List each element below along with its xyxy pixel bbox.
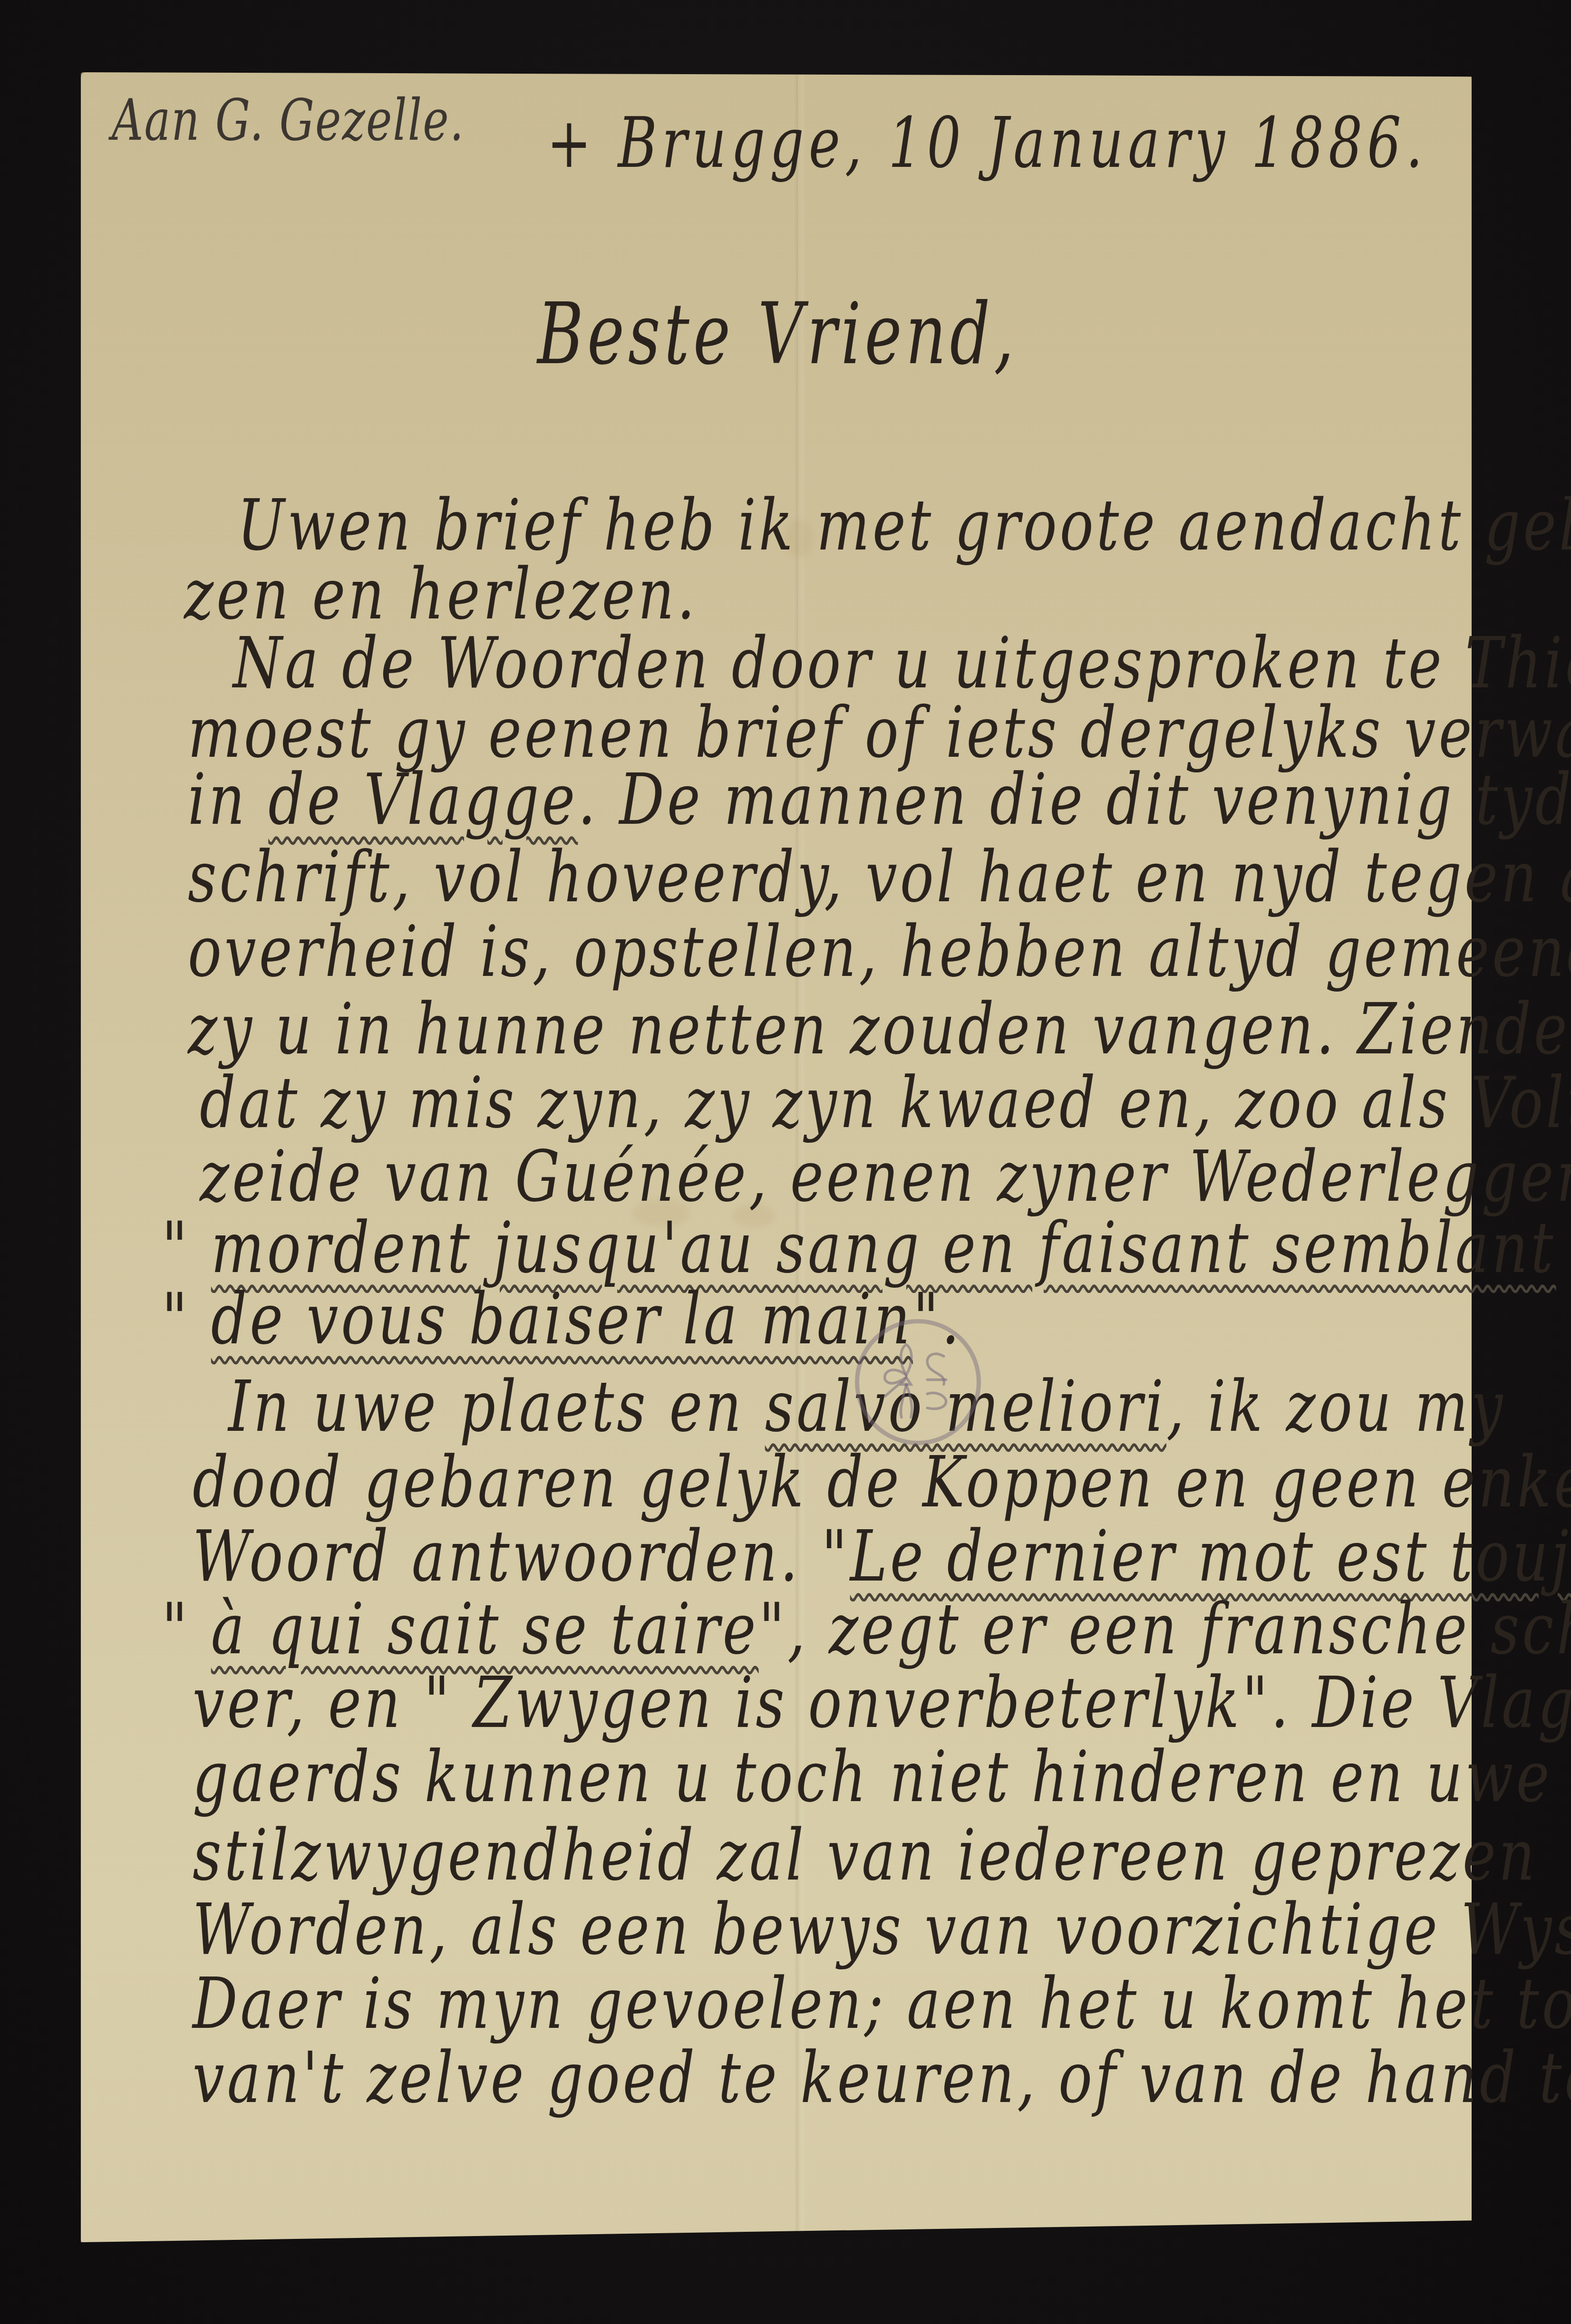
line-text: In uwe plaets en (228, 1365, 765, 1447)
letter-line: zeide van Guénée, eenen zyner Wederlegge… (200, 1141, 1571, 1212)
dateline: + Brugge, 10 January 1886. (547, 108, 1427, 178)
letter-line: " à qui sait se taire", zegt er een fran… (162, 1594, 1571, 1664)
addressee-note: Aan G. Gezelle. (112, 92, 465, 149)
scan-background: Aan G. Gezelle. + Brugge, 10 January 188… (0, 0, 1571, 2324)
letter-line: " mordent jusqu'au sang en faisant sembl… (162, 1213, 1556, 1283)
line-text: , ik zou my (1166, 1365, 1505, 1447)
line-text: Woord antwoorden. " (193, 1515, 850, 1597)
quote-mark: " (162, 1588, 211, 1670)
underlined-quote: Le dernier mot est toujours (850, 1515, 1571, 1597)
letter-line: Na de Woorden door u uitgesproken te Thi… (233, 628, 1571, 698)
letter-line: moest gy eenen brief of iets dergelyks v… (188, 697, 1571, 768)
underlined-title: de Vlagge (268, 758, 578, 840)
letter-line: Uwen brief heb ik met groote aendacht ge… (237, 490, 1571, 560)
letter-line: Daer is myn gevoelen; aen het u komt het… (193, 1968, 1571, 2039)
archive-stamp (855, 1319, 981, 1445)
fleur-de-lis-monogram-icon (859, 1323, 977, 1441)
underlined-quote: à qui sait se taire (211, 1588, 759, 1670)
letter-line: Woord antwoorden. "Le dernier mot est to… (193, 1521, 1571, 1591)
line-text: in (188, 758, 268, 840)
letter-line: dood gebaren gelyk de Koppen en geen enk… (193, 1447, 1571, 1517)
letter-line: " de vous baiser la main". (162, 1284, 962, 1354)
letter-line: in de Vlagge. De mannen die dit venynig … (188, 764, 1571, 835)
underlined-quote: mordent jusqu'au sang en faisant semblan… (211, 1206, 1556, 1289)
letter-line: overheid is, opstellen, hebben altyd gem… (188, 916, 1571, 987)
line-text: ", zegt er een fransche schry- (759, 1588, 1571, 1670)
letter-line: stilzwygendheid zal van iedereen gepreze… (193, 1820, 1538, 1890)
quote-mark: " (162, 1278, 211, 1360)
letter-line: Worden, als een bewys van voorzichtige W… (193, 1894, 1571, 1965)
letter-line: gaerds kunnen u toch niet hinderen en uw… (193, 1742, 1552, 1812)
salutation: Beste Vriend, (537, 292, 1018, 376)
line-text: . De mannen die dit venynig tyd- (578, 758, 1571, 840)
underlined-quote: de vous baiser la main (211, 1278, 913, 1360)
letter-line: zen en herlezen. (184, 559, 698, 629)
line-text: zeide van Guénée, eenen zyner Wederlegge… (200, 1135, 1571, 1217)
letter-line: van't zelve goed te keuren, of van de ha… (193, 2043, 1571, 2113)
letter-line: schrift, vol hoveerdy, vol haet en nyd t… (188, 842, 1571, 912)
letter-line: ver, en " Zwygen is onverbeterlyk". Die … (193, 1668, 1571, 1738)
quote-mark: " (162, 1206, 211, 1289)
letter-line: zy u in hunne netten zouden vangen. Zien… (188, 994, 1570, 1064)
letter-line: dat zy mis zyn, zy zyn kwaed en, zoo als… (200, 1068, 1571, 1138)
